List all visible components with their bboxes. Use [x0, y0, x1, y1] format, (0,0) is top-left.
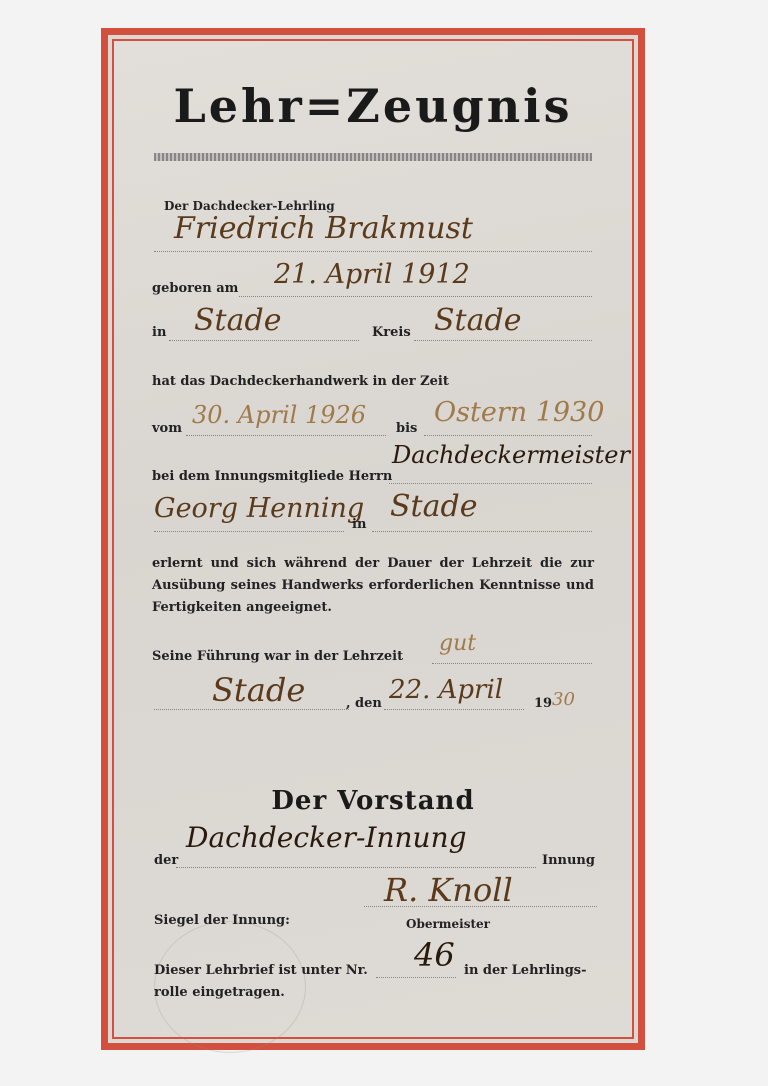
- zeit-text: hat das Dachdeckerhandwerk in der Zeit: [152, 374, 449, 389]
- kreis-label: Kreis: [372, 325, 411, 340]
- certificate-sheet: Lehr=Zeugnis Der Dachdecker-Lehrling Fri…: [101, 28, 645, 1050]
- geboren-line: [239, 296, 592, 297]
- in2-line: [372, 531, 592, 532]
- herrn-title-value: Dachdeckermeister: [392, 441, 630, 469]
- birthplace-line: [169, 340, 359, 341]
- obermeister-signature: R. Knoll: [384, 871, 513, 909]
- conduct-label: Seine Führung war in der Lehrzeit: [152, 649, 403, 664]
- conduct-value: gut: [439, 631, 476, 656]
- date-value: 22. April: [389, 675, 503, 705]
- innung-value: Dachdecker-Innung: [186, 821, 467, 854]
- document-title: Lehr=Zeugnis: [114, 79, 632, 133]
- siegel-label: Siegel der Innung:: [154, 913, 290, 928]
- place-line: [154, 709, 349, 710]
- board-heading: Der Vorstand: [114, 786, 632, 816]
- inner-red-border: Lehr=Zeugnis Der Dachdecker-Lehrling Fri…: [112, 39, 634, 1039]
- place-value: Stade: [212, 671, 305, 709]
- herrn-name-line: [154, 531, 344, 532]
- in-label: in: [152, 325, 166, 340]
- innung-label: Innung: [542, 853, 595, 868]
- bis-line: [424, 435, 592, 436]
- der-label: der: [154, 853, 178, 868]
- obermeister-label: Obermeister: [406, 917, 490, 931]
- lehrling-name-line: [154, 251, 592, 252]
- innung-line: [176, 867, 536, 868]
- body-paragraph: erlernt und sich während der Dauer der L…: [152, 553, 594, 619]
- date-line: [384, 709, 524, 710]
- herrn-name-value: Georg Henning: [154, 493, 364, 524]
- kreis-value: Stade: [434, 303, 521, 338]
- birthplace-value: Stade: [194, 303, 281, 338]
- bis-label: bis: [396, 421, 417, 436]
- register-number-line: [376, 977, 456, 978]
- obermeister-line: [364, 906, 597, 907]
- lehrling-name: Friedrich Brakmust: [174, 211, 473, 246]
- in2-label: in: [352, 517, 366, 532]
- register-text-line2: rolle eingetragen.: [154, 985, 285, 1000]
- register-text-after: in der Lehrlings-: [464, 963, 587, 978]
- conduct-line: [432, 663, 592, 664]
- register-text-before: Dieser Lehrbrief ist unter Nr.: [154, 963, 368, 978]
- den-label: , den: [346, 696, 382, 711]
- geboren-value: 21. April 1912: [274, 259, 470, 290]
- in2-value: Stade: [390, 489, 477, 524]
- herrn-line: [389, 483, 592, 484]
- herrn-label: bei dem Innungsmitgliede Herrn: [152, 469, 392, 484]
- bis-value: Ostern 1930: [434, 397, 604, 428]
- vom-label: vom: [152, 421, 182, 436]
- kreis-line: [414, 340, 592, 341]
- year-suffix: 30: [552, 689, 575, 710]
- geboren-label: geboren am: [152, 281, 238, 296]
- title-ornament-rule: [154, 153, 592, 161]
- vom-line: [186, 435, 386, 436]
- vom-value: 30. April 1926: [192, 401, 366, 429]
- register-number: 46: [414, 936, 455, 974]
- year-prefix: 19: [534, 696, 552, 711]
